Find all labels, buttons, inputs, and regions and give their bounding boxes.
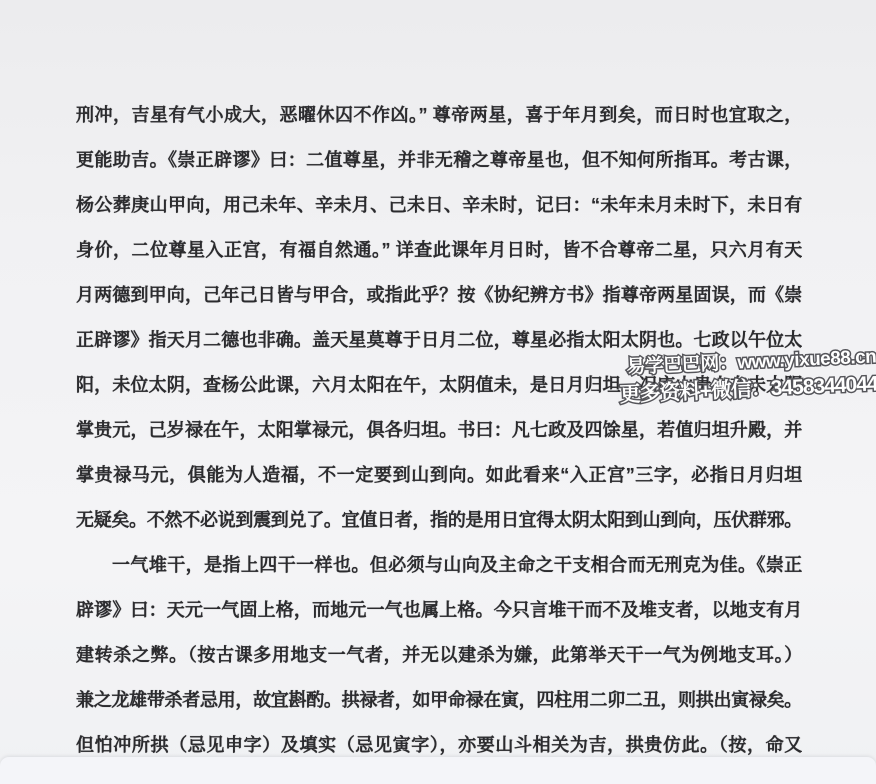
text-line: 掌贵禄马元，俱能为人造福，不一定要到山到向。如此看来“入正宫”三字，必指日月归坦 bbox=[76, 453, 802, 498]
text-line: 掌贵元，己岁禄在午，太阳掌禄元，俱各归坦。书曰：凡七政及四馀星，若值归坦升殿，并 bbox=[76, 408, 802, 453]
text-line: 辟谬》曰：天元一气固上格，而地元一气也属上格。今只言堆干而不及堆支者，以地支有月 bbox=[76, 588, 802, 633]
bottom-sheet-edge bbox=[0, 757, 876, 784]
text-line: 正辟谬》指天月二德也非确。盖天星莫尊于日月二位，尊星必指太阳太阴也。七政以午位太 bbox=[76, 318, 802, 363]
text-line: 一气堆干，是指上四干一样也。但必须与山向及主命之干支相合而无刑克为佳。《崇正 bbox=[76, 543, 802, 588]
text-line: 刑冲，吉星有气小成大，恶曜休囚不作凶。” 尊帝两星，喜于年月到矣，而日时也宜取之… bbox=[76, 93, 802, 138]
text-line: 阳，未位太阴，查杨公此课，六月太阳在午，太阴值未，是日月归坦。况庚山贵人在未太阴 bbox=[76, 363, 802, 408]
scanned-document-page: 刑冲，吉星有气小成大，恶曜休囚不作凶。” 尊帝两星，喜于年月到矣，而日时也宜取之… bbox=[0, 0, 876, 784]
text-line: 身价，二位尊星入正宫，有福自然通。” 详查此课年月日时，皆不合尊帝二星，只六月有… bbox=[76, 228, 802, 273]
text-line: 月两德到甲向，己年己日皆与甲合，或指此乎？按《协纪辨方书》指尊帝两星固误，而《崇 bbox=[76, 273, 802, 318]
text-line: 更能助吉。《崇正辟谬》曰：二值尊星，并非无稽之尊帝星也，但不知何所指耳。考古课， bbox=[76, 138, 802, 183]
text-block: 刑冲，吉星有气小成大，恶曜休囚不作凶。” 尊帝两星，喜于年月到矣，而日时也宜取之… bbox=[76, 93, 802, 768]
text-line: 无疑矣。不然不必说到震到兑了。宜值日者，指的是用日宜得太阴太阳到山到向，压伏群邪… bbox=[76, 498, 802, 543]
text-line: 兼之龙雄带杀者忌用，故宜斟酌。拱禄者，如甲命禄在寅，四柱用二卯二丑，则拱出寅禄矣… bbox=[76, 678, 802, 723]
text-line: 建转杀之弊。（按古课多用地支一气者，并无以建杀为嫌，此第举天干一气为例地支耳。） bbox=[76, 633, 802, 678]
text-line: 杨公葬庚山甲向，用己未年、辛未月、己未日、辛未时，记曰：“未年未月未时下，未日有 bbox=[76, 183, 802, 228]
